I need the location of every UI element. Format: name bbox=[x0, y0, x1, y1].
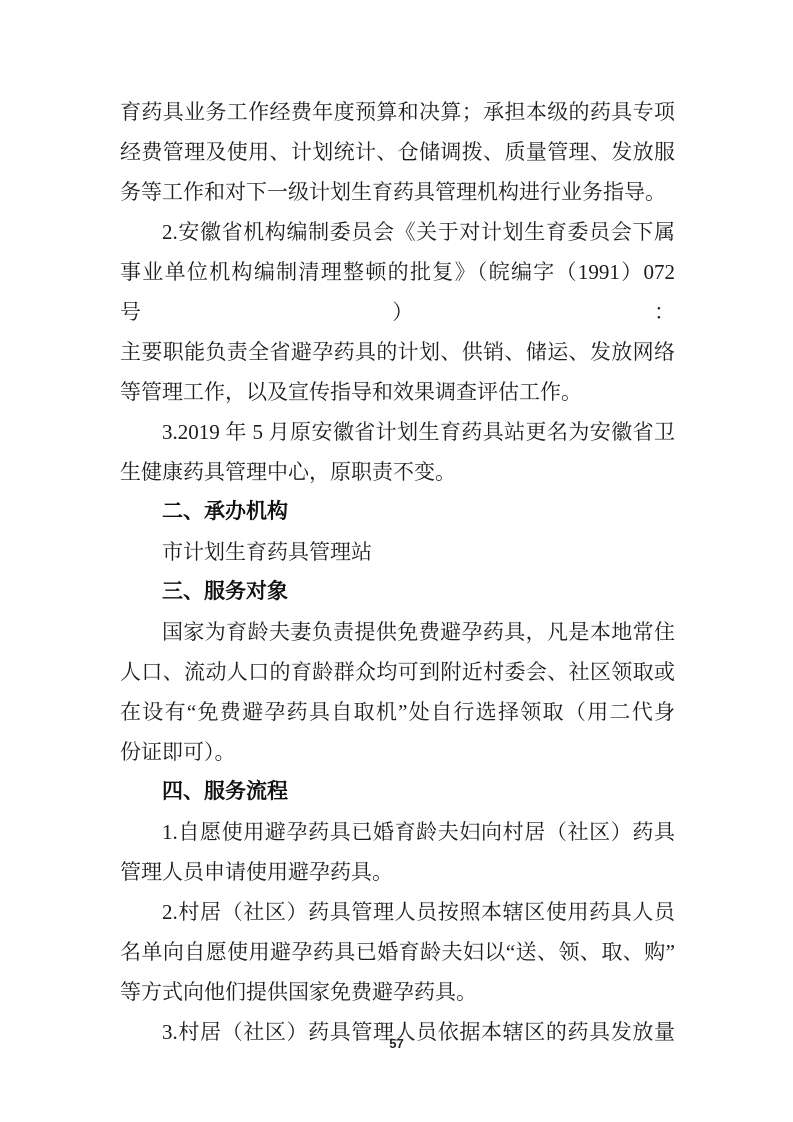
document-page: 育药具业务工作经费年度预算和决算；承担本级的药具专项 经费管理及使用、计划统计、… bbox=[0, 0, 793, 1122]
section-heading-3: 三、服务对象 bbox=[120, 572, 675, 612]
section-heading-4: 四、服务流程 bbox=[120, 772, 675, 812]
paragraph: 1.自愿使用避孕药具已婚育龄夫妇向村居（社区）药具 管理人员申请使用避孕药具。 bbox=[120, 812, 675, 892]
text-line: 在设有“免费避孕药具自取机”处自行选择领取（用二代身 bbox=[120, 692, 675, 732]
body-text: 育药具业务工作经费年度预算和决算；承担本级的药具专项 经费管理及使用、计划统计、… bbox=[120, 92, 675, 1052]
paragraph: 2.安徽省机构编制委员会《关于对计划生育委员会下属 事业单位机构编制清理整顿的批… bbox=[120, 212, 675, 412]
text-line: 等方式向他们提供国家免费避孕药具。 bbox=[120, 972, 675, 1012]
text-line: 名单向自愿使用避孕药具已婚育龄夫妇以“送、领、取、购” bbox=[120, 932, 675, 972]
paragraph: 3.2019 年 5 月原安徽省计划生育药具站更名为安徽省卫 生健康药具管理中心… bbox=[120, 412, 675, 492]
section-heading-2: 二、承办机构 bbox=[120, 492, 675, 532]
text-line: 2.安徽省机构编制委员会《关于对计划生育委员会下属 bbox=[120, 212, 675, 252]
text-line: 2.村居（社区）药具管理人员按照本辖区使用药具人员 bbox=[120, 892, 675, 932]
paragraph: 国家为育龄夫妻负责提供免费避孕药具，凡是本地常住 人口、流动人口的育龄群众均可到… bbox=[120, 612, 675, 772]
text-line: 管理人员申请使用避孕药具。 bbox=[120, 852, 675, 892]
text-line: 等管理工作，以及宣传指导和效果调查评估工作。 bbox=[120, 372, 675, 412]
paragraph: 2.村居（社区）药具管理人员按照本辖区使用药具人员 名单向自愿使用避孕药具已婚育… bbox=[120, 892, 675, 1012]
text-line: 务等工作和对下一级计划生育药具管理机构进行业务指导。 bbox=[120, 172, 675, 212]
text-line: 事业单位机构编制清理整顿的批复》（皖编字（1991）072 号）： bbox=[120, 252, 675, 332]
page-number: 57 bbox=[0, 1036, 793, 1051]
text-line: 份证即可）。 bbox=[120, 732, 675, 772]
text-line: 3.2019 年 5 月原安徽省计划生育药具站更名为安徽省卫 bbox=[120, 412, 675, 452]
paragraph: 育药具业务工作经费年度预算和决算；承担本级的药具专项 经费管理及使用、计划统计、… bbox=[120, 92, 675, 212]
paragraph: 市计划生育药具管理站 bbox=[120, 532, 675, 572]
text-line: 经费管理及使用、计划统计、仓储调拨、质量管理、发放服 bbox=[120, 132, 675, 172]
text-line: 1.自愿使用避孕药具已婚育龄夫妇向村居（社区）药具 bbox=[120, 812, 675, 852]
text-line: 主要职能负责全省避孕药具的计划、供销、储运、发放网络 bbox=[120, 332, 675, 372]
text-line: 育药具业务工作经费年度预算和决算；承担本级的药具专项 bbox=[120, 92, 675, 132]
text-line: 市计划生育药具管理站 bbox=[120, 532, 675, 572]
text-line: 国家为育龄夫妻负责提供免费避孕药具，凡是本地常住 bbox=[120, 612, 675, 652]
text-line: 人口、流动人口的育龄群众均可到附近村委会、社区领取或 bbox=[120, 652, 675, 692]
text-line: 生健康药具管理中心，原职责不变。 bbox=[120, 452, 675, 492]
